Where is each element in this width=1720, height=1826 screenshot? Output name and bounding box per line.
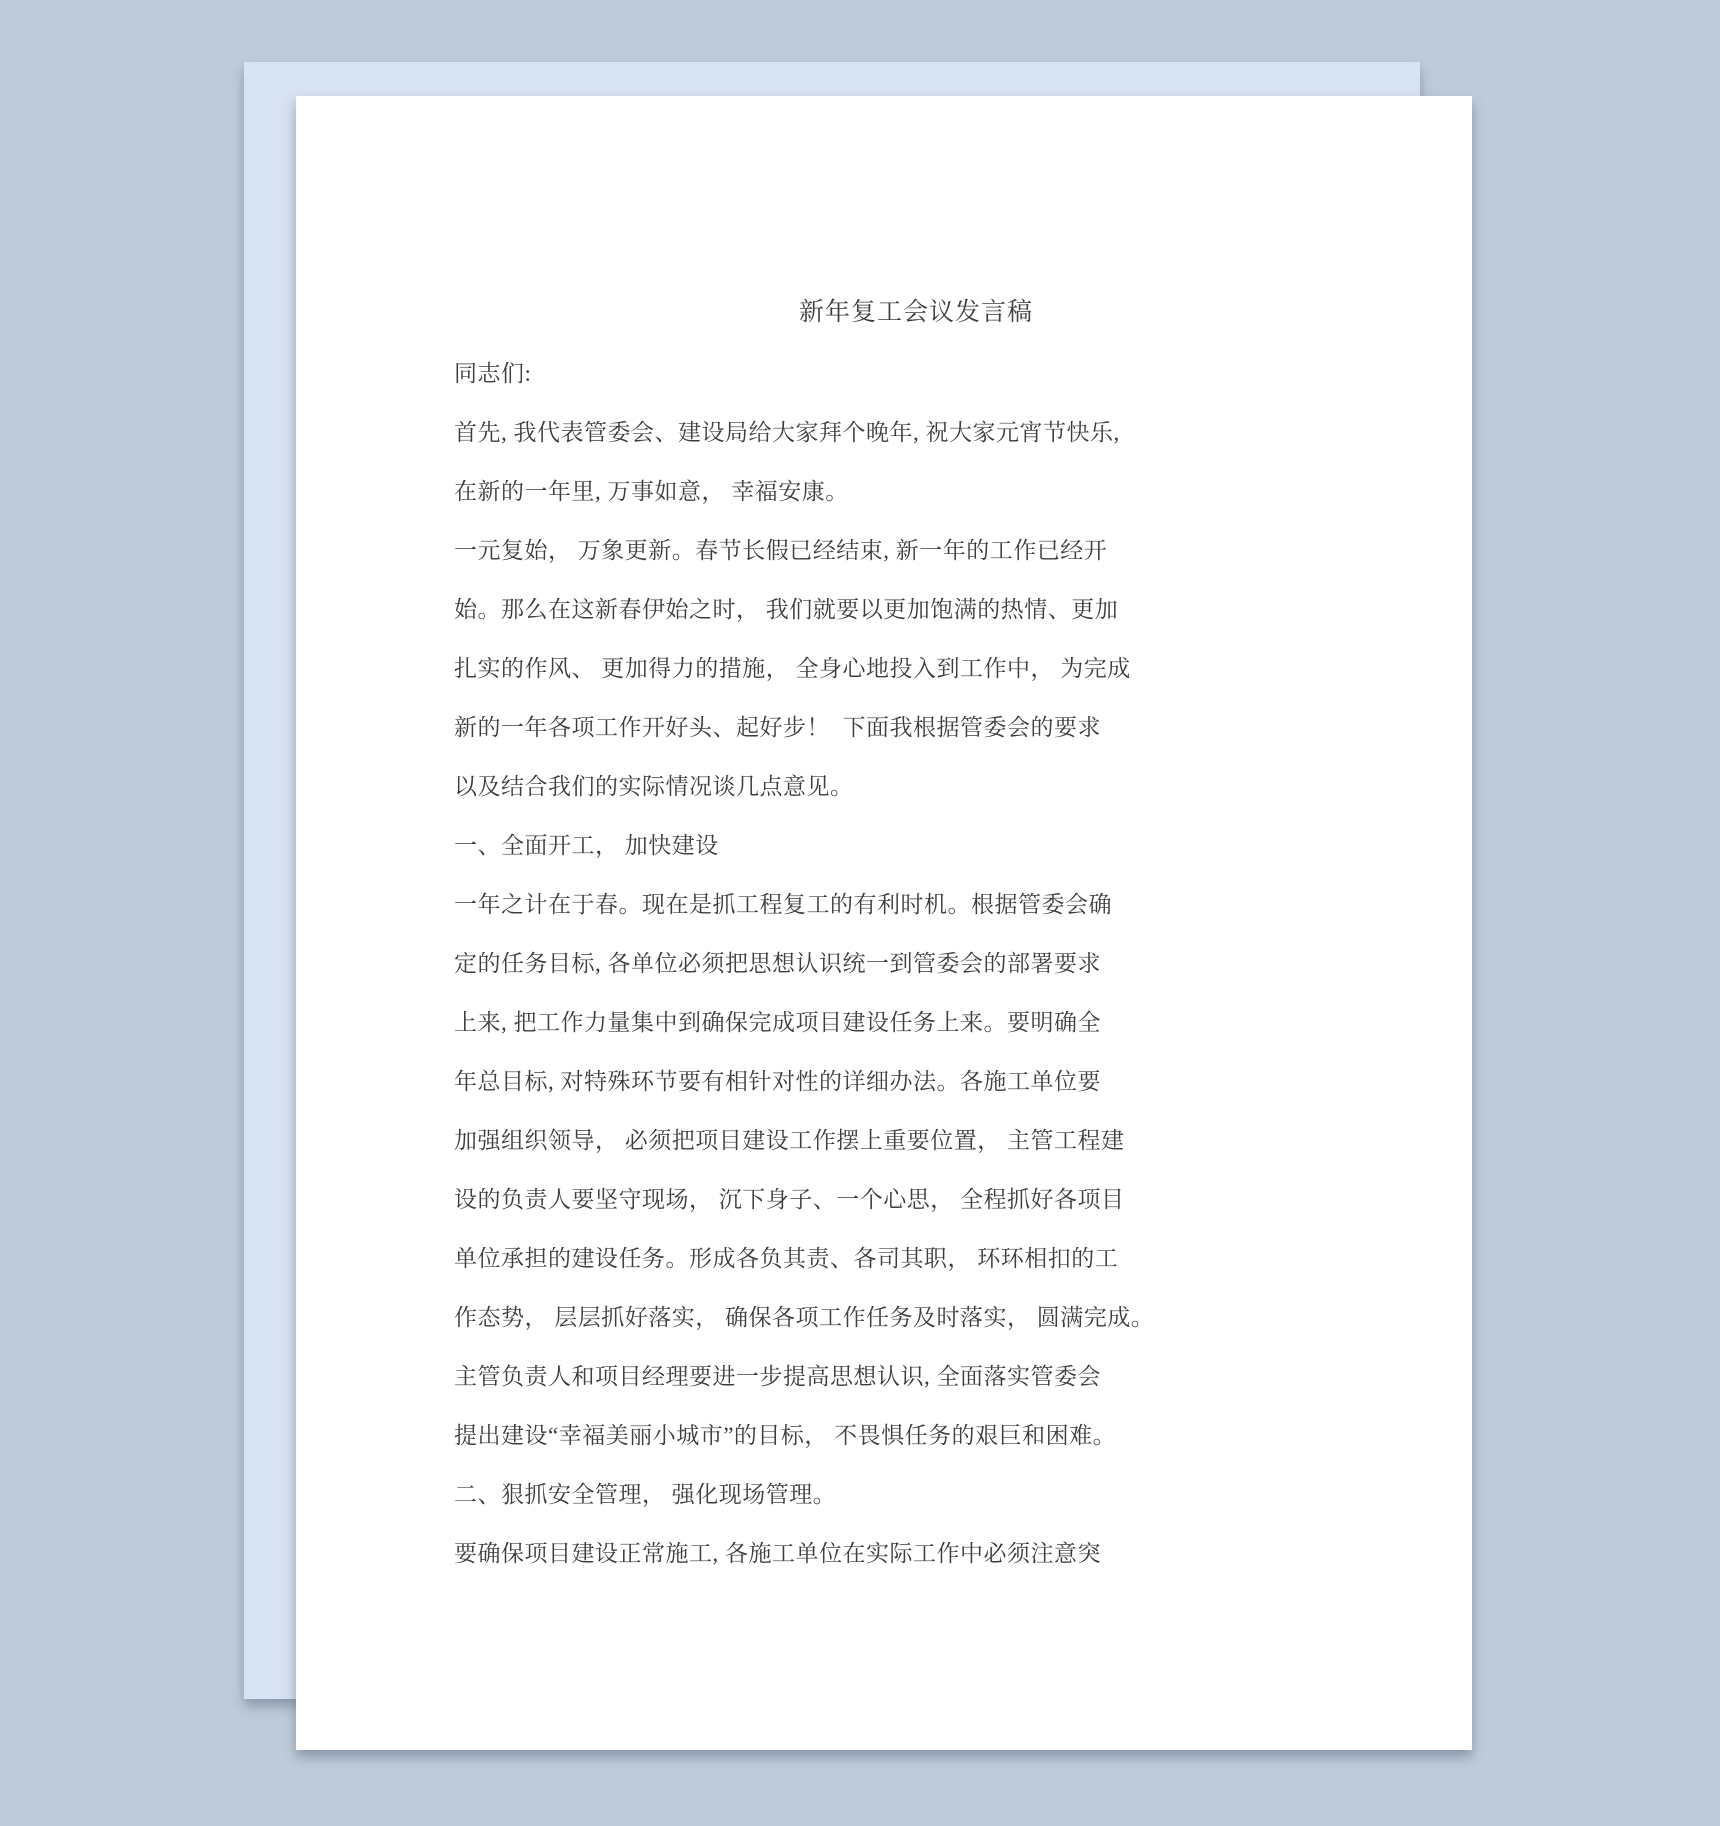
doc-line: 提出建设“幸福美丽小城市”的目标， 不畏惧任务的艰巨和困难。 — [454, 1406, 1378, 1465]
doc-line: 作态势， 层层抓好落实， 确保各项工作任务及时落实， 圆满完成。 — [454, 1288, 1378, 1347]
doc-line: 扎实的作风、 更加得力的措施， 全身心地投入到工作中， 为完成 — [454, 639, 1378, 698]
doc-line: 新的一年各项工作开好头、起好步！ 下面我根据管委会的要求 — [454, 698, 1378, 757]
doc-line: 要确保项目建设正常施工, 各施工单位在实际工作中必须注意突 — [454, 1524, 1378, 1583]
doc-line: 一、全面开工， 加快建设 — [454, 816, 1378, 875]
doc-title: 新年复工会议发言稿 — [454, 282, 1378, 344]
doc-line: 定的任务目标, 各单位必须把思想认识统一到管委会的部署要求 — [454, 934, 1378, 993]
doc-line: 一年之计在于春。现在是抓工程复工的有利时机。根据管委会确 — [454, 875, 1378, 934]
doc-line: 始。那么在这新春伊始之时， 我们就要以更加饱满的热情、更加 — [454, 580, 1378, 639]
desktop-background: 新年复工会议发言稿 同志们: 首先, 我代表管委会、建设局给大家拜个晚年, 祝大… — [0, 0, 1720, 1826]
doc-line: 以及结合我们的实际情况谈几点意见。 — [454, 757, 1378, 816]
doc-line: 上来, 把工作力量集中到确保完成项目建设任务上来。要明确全 — [454, 993, 1378, 1052]
page-content: 新年复工会议发言稿 同志们: 首先, 我代表管委会、建设局给大家拜个晚年, 祝大… — [454, 282, 1378, 1583]
doc-line: 单位承担的建设任务。形成各负其责、各司其职， 环环相扣的工 — [454, 1229, 1378, 1288]
doc-line: 年总目标, 对特殊环节要有相针对性的详细办法。各施工单位要 — [454, 1052, 1378, 1111]
doc-line: 设的负责人要坚守现场， 沉下身子、一个心思， 全程抓好各项目 — [454, 1170, 1378, 1229]
doc-line: 加强组织领导， 必须把项目建设工作摆上重要位置， 主管工程建 — [454, 1111, 1378, 1170]
doc-line: 在新的一年里, 万事如意， 幸福安康。 — [454, 462, 1378, 521]
doc-line: 二、狠抓安全管理， 强化现场管理。 — [454, 1465, 1378, 1524]
doc-line: 同志们: — [454, 344, 1378, 403]
document-page: 新年复工会议发言稿 同志们: 首先, 我代表管委会、建设局给大家拜个晚年, 祝大… — [296, 96, 1472, 1750]
doc-line: 一元复始， 万象更新。春节长假已经结束, 新一年的工作已经开 — [454, 521, 1378, 580]
doc-line: 主管负责人和项目经理要进一步提高思想认识, 全面落实管委会 — [454, 1347, 1378, 1406]
doc-line: 首先, 我代表管委会、建设局给大家拜个晚年, 祝大家元宵节快乐, — [454, 403, 1378, 462]
